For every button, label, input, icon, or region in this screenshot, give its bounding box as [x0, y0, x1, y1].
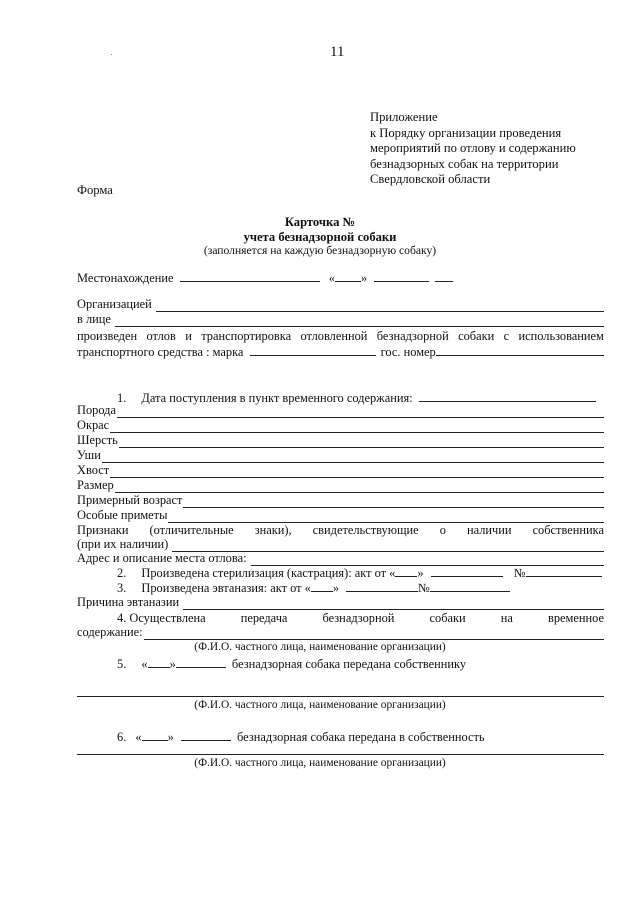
- field-label: Окрас: [77, 418, 109, 433]
- quote-close: »: [361, 271, 367, 285]
- card-note: (заполняется на каждую безнадзорную соба…: [0, 244, 640, 257]
- sterilization-day-field[interactable]: [395, 565, 417, 577]
- text-word: на: [501, 611, 513, 626]
- text-word: отлов: [146, 329, 175, 344]
- field-label: Шерсть: [77, 433, 118, 448]
- item2-row: 2. Произведена стерилизация (кастрация):…: [117, 565, 602, 581]
- location-label: Местонахождение: [77, 271, 173, 285]
- organization-label: Организацией: [77, 297, 152, 312]
- location-month-field[interactable]: [374, 270, 429, 282]
- number-sign: №: [418, 581, 430, 595]
- person-row: в лице: [77, 312, 604, 327]
- location-row: Местонахождение «»: [77, 270, 453, 286]
- appendix-line: безнадзорных собак на территории: [370, 157, 576, 173]
- page-number: 11: [330, 44, 344, 61]
- text-word: собаки: [458, 329, 494, 344]
- field-row-tail: Хвост: [77, 463, 604, 478]
- field-label: содержание:: [77, 625, 143, 640]
- capture-text-line: произведен отлов и транспортировка отлов…: [77, 329, 604, 344]
- text-word: знаки),: [255, 523, 292, 538]
- field-label: Размер: [77, 478, 114, 493]
- person-field[interactable]: [115, 314, 604, 327]
- field-label: (при их наличии): [77, 537, 168, 552]
- field-caption: (Ф.И.О. частного лица, наименование орга…: [0, 699, 640, 711]
- field-label: Адрес и описание места отлова:: [77, 551, 247, 566]
- field-caption: (Ф.И.О. частного лица, наименование орга…: [0, 641, 640, 653]
- text-word: собственника: [533, 523, 604, 538]
- euthanasia-day-field[interactable]: [311, 580, 333, 592]
- ownership-transfer-day-field[interactable]: [142, 729, 168, 741]
- field-row-ears: Уши: [77, 448, 604, 463]
- quote-close: »: [333, 581, 339, 595]
- plate-label: гос. номер: [381, 345, 436, 359]
- number-sign: №: [514, 566, 526, 580]
- owner-return-month-field[interactable]: [176, 656, 226, 668]
- euthanasia-reason-field[interactable]: [183, 597, 604, 610]
- text-word: отловленной: [300, 329, 367, 344]
- special-marks-field[interactable]: [168, 510, 604, 523]
- location-year-field[interactable]: [435, 270, 453, 282]
- temp-keeping-row: содержание:: [77, 625, 604, 640]
- ears-field[interactable]: [102, 450, 604, 463]
- field-row-coat: Шерсть: [77, 433, 604, 448]
- field-label: Причина эвтаназии: [77, 595, 179, 610]
- owner-signs-row: (при их наличии): [77, 537, 604, 552]
- field-label: Хвост: [77, 463, 109, 478]
- item2-label: Произведена стерилизация (кастрация): ак…: [141, 566, 395, 580]
- sterilization-date-field[interactable]: [431, 565, 503, 577]
- field-caption: (Ф.И.О. частного лица, наименование орга…: [0, 757, 640, 769]
- item3-number: 3.: [117, 581, 126, 595]
- text-word: свидетельствующие: [313, 523, 419, 538]
- field-label: Особые приметы: [77, 508, 167, 523]
- coat-field[interactable]: [119, 435, 604, 448]
- item6-row: 6. «» безнадзорная собака передана в соб…: [117, 729, 485, 745]
- vehicle-row: транспортного средства : марка гос. номе…: [77, 344, 604, 360]
- item4-line: 4. Осуществлена передача безнадзорной со…: [117, 611, 604, 626]
- address-row: Адрес и описание места отлова:: [77, 551, 604, 566]
- plate-field[interactable]: [436, 344, 604, 356]
- card-subtitle: учета безнадзорной собаки: [0, 230, 640, 245]
- appendix-line: Свердловской области: [370, 172, 576, 188]
- field-label: Порода: [77, 403, 116, 418]
- field-row-age: Примерный возраст: [77, 493, 604, 508]
- item6-text: безнадзорная собака передана в собственн…: [237, 730, 485, 744]
- form-label: Форма: [77, 183, 113, 198]
- text-word: безнадзорной: [377, 329, 449, 344]
- owner-field[interactable]: [77, 696, 604, 697]
- item3-row: 3. Произведена эвтаназия: акт от «» №: [117, 580, 510, 596]
- field-row-color: Окрас: [77, 418, 604, 433]
- location-field[interactable]: [180, 270, 320, 282]
- appendix-line: Приложение: [370, 110, 576, 126]
- ownership-transfer-month-field[interactable]: [181, 729, 231, 741]
- item5-text: безнадзорная собака передана собственник…: [232, 657, 466, 671]
- item2-number: 2.: [117, 566, 126, 580]
- temp-keeper-field[interactable]: [144, 627, 604, 640]
- item3-label: Произведена эвтаназия: акт от «: [141, 581, 310, 595]
- text-word: 4. Осуществлена: [117, 611, 206, 626]
- text-word: собаки: [430, 611, 466, 626]
- location-day-field[interactable]: [335, 270, 361, 282]
- tail-field[interactable]: [110, 465, 604, 478]
- text-word: передача: [241, 611, 288, 626]
- appendix-line: мероприятий по отлову и содержанию: [370, 141, 576, 157]
- text-word: и: [185, 329, 192, 344]
- card-title: Карточка №: [0, 215, 640, 230]
- text-word: безнадзорной: [323, 611, 395, 626]
- size-field[interactable]: [115, 480, 604, 493]
- item5-row: 5. «» безнадзорная собака передана собст…: [117, 656, 466, 672]
- field-label: Уши: [77, 448, 101, 463]
- vehicle-brand-label: транспортного средства : марка: [77, 345, 243, 359]
- owner-signs-line: Признаки (отличительные знаки), свидетел…: [77, 523, 604, 538]
- owner-return-day-field[interactable]: [148, 656, 170, 668]
- euthanasia-act-number-field[interactable]: [430, 580, 510, 592]
- organization-field[interactable]: [156, 299, 604, 312]
- field-label: Примерный возраст: [77, 493, 182, 508]
- euthanasia-date-field[interactable]: [346, 580, 418, 592]
- quote-close: »: [417, 566, 423, 580]
- item5-number: 5.: [117, 657, 126, 671]
- text-word: о: [440, 523, 446, 538]
- field-row-marks: Особые приметы: [77, 508, 604, 523]
- color-field[interactable]: [110, 420, 604, 433]
- age-field[interactable]: [183, 495, 604, 508]
- arrival-date-field[interactable]: [419, 390, 596, 402]
- text-word: (отличительные: [150, 523, 234, 538]
- scan-speck: [111, 54, 112, 55]
- breed-field[interactable]: [117, 405, 604, 418]
- euthanasia-reason-row: Причина эвтаназии: [77, 595, 604, 610]
- text-word: с: [504, 329, 510, 344]
- text-word: Признаки: [77, 523, 128, 538]
- sterilization-act-number-field[interactable]: [526, 565, 602, 577]
- text-word: временное: [548, 611, 604, 626]
- text-word: использованием: [518, 329, 603, 344]
- appendix-block: Приложение к Порядку организации проведе…: [370, 110, 576, 188]
- text-word: наличии: [467, 523, 512, 538]
- organization-row: Организацией: [77, 297, 604, 312]
- person-label: в лице: [77, 312, 111, 327]
- text-word: произведен: [77, 329, 137, 344]
- quote-close: »: [168, 730, 174, 744]
- field-row-breed: Порода: [77, 403, 604, 418]
- text-word: транспортировка: [201, 329, 291, 344]
- item6-number: 6.: [117, 730, 126, 744]
- new-owner-field[interactable]: [77, 754, 604, 755]
- appendix-line: к Порядку организации проведения: [370, 126, 576, 142]
- vehicle-brand-field[interactable]: [250, 344, 376, 356]
- field-row-size: Размер: [77, 478, 604, 493]
